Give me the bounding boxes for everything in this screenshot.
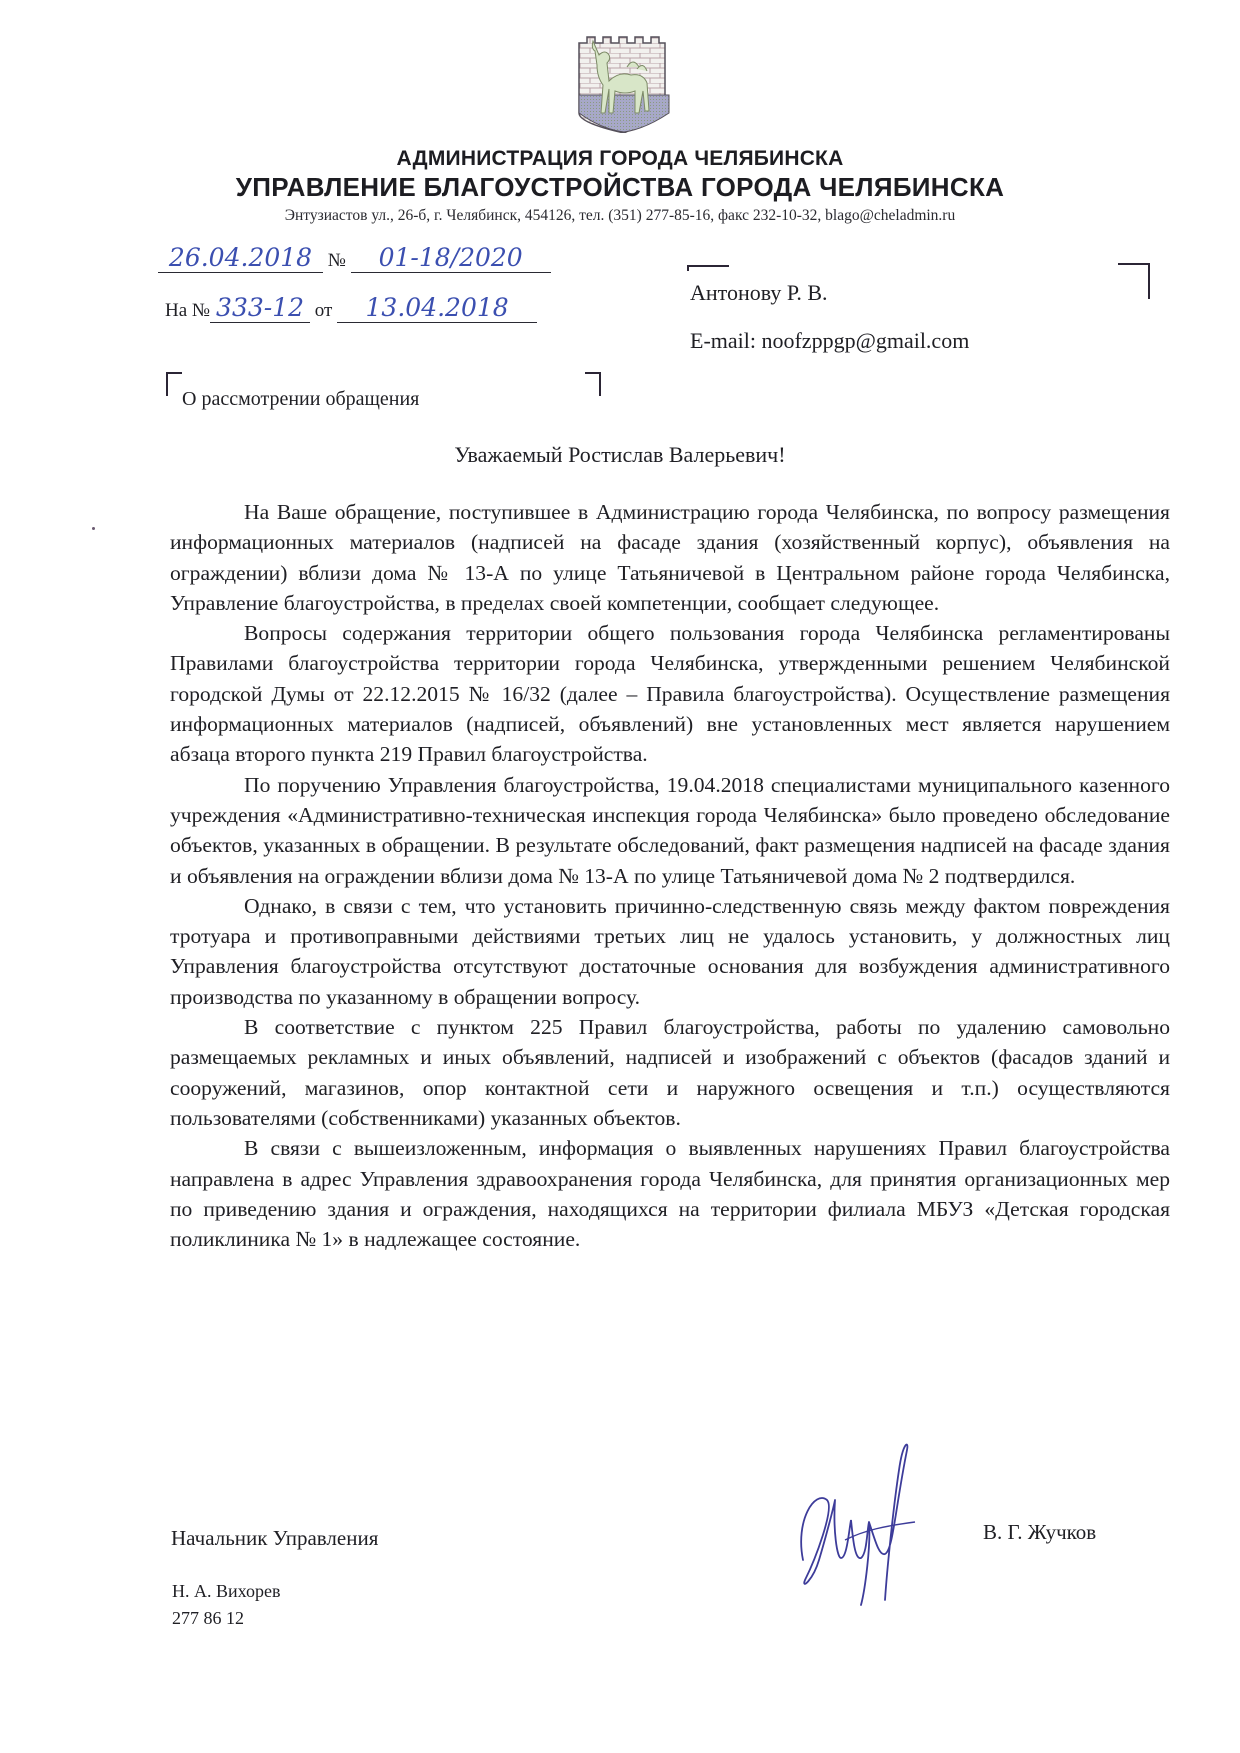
- letter-subject: О рассмотрении обращения: [182, 388, 419, 411]
- recipient-corner-mark-left: [687, 265, 729, 271]
- number-label: №: [328, 250, 346, 271]
- executor-name: Н. А. Вихорев: [172, 1578, 280, 1605]
- recipient-name: Антонову Р. В.: [690, 280, 828, 306]
- body-paragraph: На Ваше обращение, поступившее в Админис…: [170, 497, 1170, 618]
- signatory-position: Начальник Управления: [171, 1526, 378, 1551]
- executor-block: Н. А. Вихорев 277 86 12: [172, 1578, 280, 1632]
- executor-phone: 277 86 12: [172, 1605, 280, 1632]
- body-paragraph: Вопросы содержания территории общего пол…: [170, 618, 1170, 769]
- body-paragraph: В связи с вышеизложенным, информация о в…: [170, 1133, 1170, 1254]
- greeting: Уважаемый Ростислав Валерьевич!: [0, 442, 1240, 468]
- reply-prefix: На №: [165, 300, 210, 321]
- recipient-corner-mark-right: [1118, 263, 1150, 299]
- subject-corner-mark-right: [585, 372, 601, 396]
- body-paragraph: Однако, в связи с тем, что установить пр…: [170, 891, 1170, 1012]
- registration-date: 26.04.2018: [158, 243, 323, 273]
- signatory-name: В. Г. Жучков: [983, 1520, 1096, 1545]
- department-contacts: Энтузиастов ул., 26-б, г. Челябинск, 454…: [0, 207, 1240, 225]
- letter-body: На Ваше обращение, поступившее в Админис…: [170, 497, 1170, 1254]
- body-paragraph: В соответствие с пунктом 225 Правил благ…: [170, 1012, 1170, 1133]
- organization-name: АДМИНИСТРАЦИЯ ГОРОДА ЧЕЛЯБИНСКА: [0, 147, 1240, 171]
- registration-line: 26.04.2018 № 01-18/2020: [158, 243, 551, 273]
- reply-from-label: от: [315, 300, 333, 321]
- signature-icon: [775, 1430, 945, 1630]
- body-paragraph: По поручению Управления благоустройства,…: [170, 770, 1170, 891]
- reply-date: 13.04.2018: [337, 293, 537, 323]
- registration-number: 01-18/2020: [351, 243, 551, 273]
- scan-speck: [92, 527, 95, 530]
- recipient-email: E-mail: noofzppgp@gmail.com: [690, 328, 969, 354]
- reply-reference-line: На №333-12 от 13.04.2018: [165, 293, 537, 323]
- reply-number: 333-12: [210, 293, 310, 323]
- chelyabinsk-coat-of-arms-icon: [575, 33, 673, 133]
- department-name: УПРАВЛЕНИЕ БЛАГОУСТРОЙСТВА ГОРОДА ЧЕЛЯБИ…: [0, 172, 1240, 203]
- subject-corner-mark-left: [166, 372, 182, 396]
